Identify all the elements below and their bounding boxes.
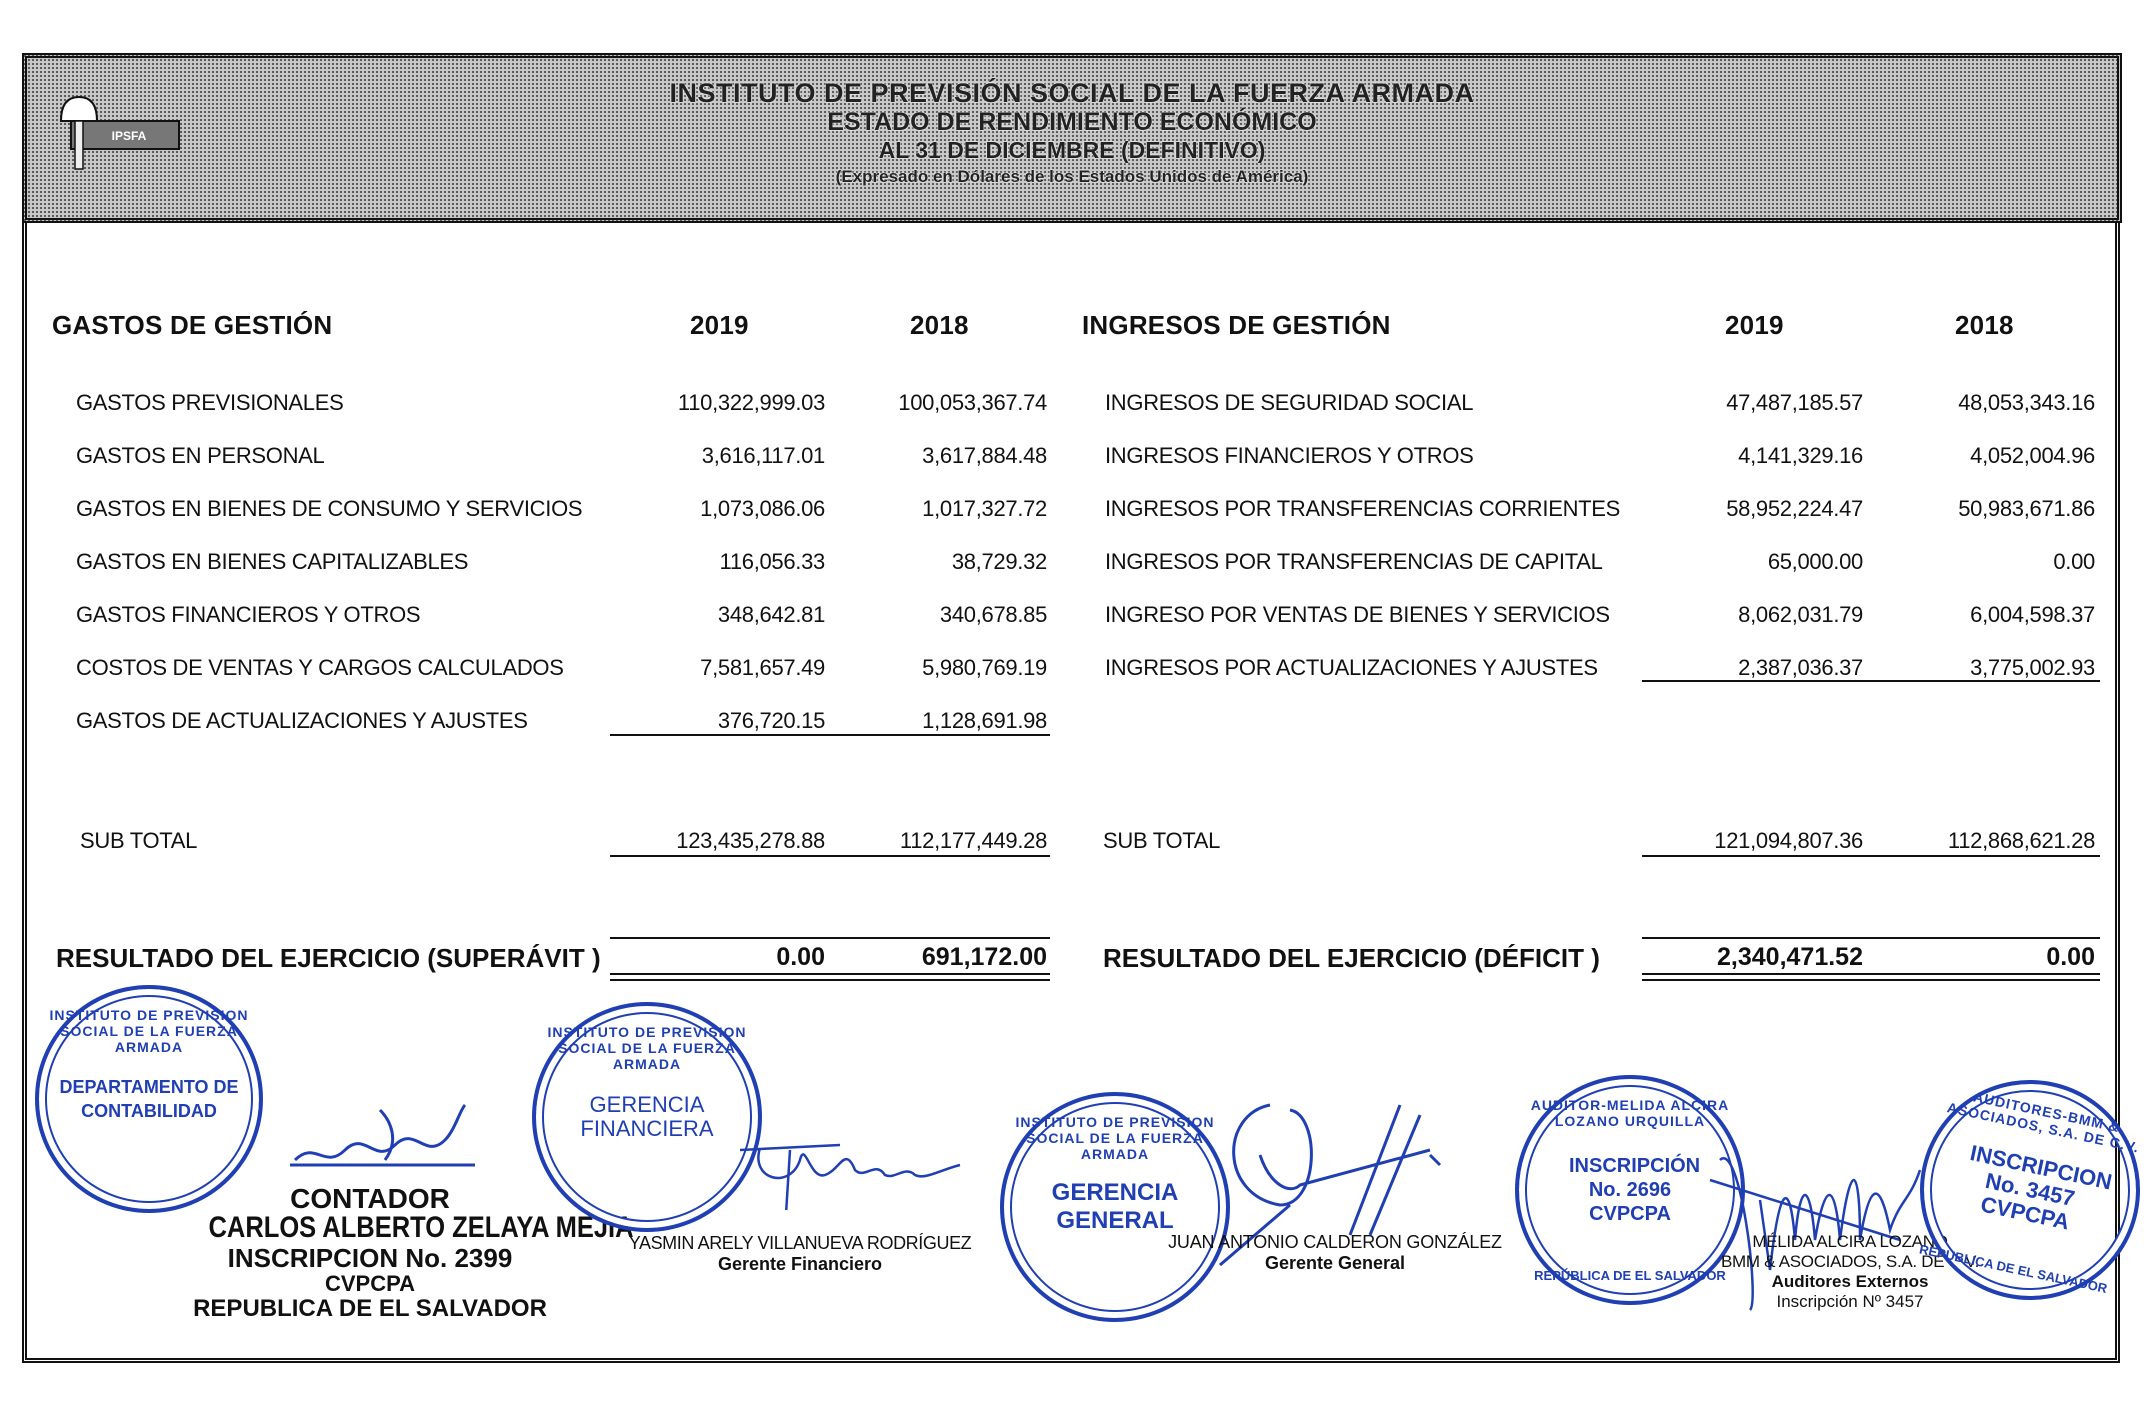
gastos-result-label: RESULTADO DEL EJERCICIO (SUPERÁVIT ) <box>56 943 601 974</box>
value-2019: 1,073,086.06 <box>605 496 825 522</box>
value-2018: 4,052,004.96 <box>1875 443 2095 469</box>
row-label: GASTOS PREVISIONALES <box>76 390 343 416</box>
ingresos-subtotal-2018: 112,868,621.28 <box>1875 828 2095 854</box>
contador-registration: INSCRIPCION No. 2399 <box>180 1244 560 1272</box>
gastos-col-2018: 2018 <box>910 310 969 341</box>
value-2018: 3,775,002.93 <box>1875 655 2095 681</box>
stamp-center-text: INSCRIPCION No. 3457 CVPCPA <box>1919 1133 2141 1248</box>
gastos-result-overline <box>610 937 1050 939</box>
value-2018: 1,017,327.72 <box>827 496 1047 522</box>
row-label: INGRESO POR VENTAS DE BIENES Y SERVICIOS <box>1105 602 1610 628</box>
row-label: GASTOS EN BIENES CAPITALIZABLES <box>76 549 468 575</box>
ingresos-title: INGRESOS DE GESTIÓN <box>1082 310 1391 341</box>
row-label: GASTOS DE ACTUALIZACIONES Y AJUSTES <box>76 708 528 734</box>
value-2018: 48,053,343.16 <box>1875 390 2095 416</box>
value-2019: 110,322,999.03 <box>605 390 825 416</box>
stamp-ring-text: INSTITUTO DE PREVISION SOCIAL DE LA FUER… <box>39 1007 259 1055</box>
ingresos-col-2019: 2019 <box>1725 310 1784 341</box>
contador-title: CONTADOR <box>180 1186 560 1212</box>
value-2019: 8,062,031.79 <box>1643 602 1863 628</box>
ingresos-result-overline <box>1642 937 2100 939</box>
value-2018: 38,729.32 <box>827 549 1047 575</box>
value-2018: 100,053,367.74 <box>827 390 1047 416</box>
value-2019: 47,487,185.57 <box>1643 390 1863 416</box>
ingresos-rows-underline <box>1642 680 2100 682</box>
value-2018: 0.00 <box>1875 549 2095 575</box>
gastos-col-2019: 2019 <box>690 310 749 341</box>
value-2018: 340,678.85 <box>827 602 1047 628</box>
ingresos-result-label: RESULTADO DEL EJERCICIO (DÉFICIT ) <box>1103 943 1600 974</box>
general-role: Gerente General <box>1155 1253 1515 1274</box>
gerencia-general-stamp: INSTITUTO DE PREVISION SOCIAL DE LA FUER… <box>1000 1092 1230 1322</box>
value-2019: 58,952,224.47 <box>1643 496 1863 522</box>
contador-body: CVPCPA <box>180 1272 560 1296</box>
ingresos-result-double-underline <box>1642 973 2100 981</box>
contador-country: REPUBLICA DE EL SALVADOR <box>180 1296 560 1322</box>
financiero-name: YASMIN ARELY VILLANUEVA RODRÍGUEZ <box>620 1233 980 1254</box>
contador-signature-icon <box>285 1100 485 1180</box>
gerencia-financiera-stamp: INSTITUTO DE PREVISION SOCIAL DE LA FUER… <box>532 1002 762 1232</box>
row-label: INGRESOS DE SEGURIDAD SOCIAL <box>1105 390 1473 416</box>
gastos-title: GASTOS DE GESTIÓN <box>52 310 332 341</box>
row-label: GASTOS FINANCIEROS Y OTROS <box>76 602 420 628</box>
ingresos-result-2018: 0.00 <box>1835 943 2095 972</box>
value-2019: 4,141,329.16 <box>1643 443 1863 469</box>
row-label: INGRESOS POR ACTUALIZACIONES Y AJUSTES <box>1105 655 1598 681</box>
stamp-center-text: GERENCIA GENERAL <box>1004 1179 1226 1235</box>
gastos-result-2018: 691,172.00 <box>787 943 1047 972</box>
value-2018: 6,004,598.37 <box>1875 602 2095 628</box>
value-2019: 7,581,657.49 <box>605 655 825 681</box>
gastos-result-double-underline <box>610 973 1050 981</box>
ingresos-subtotal-underline <box>1642 855 2100 857</box>
value-2019: 116,056.33 <box>605 549 825 575</box>
stamp-ring-text: INSTITUTO DE PREVISION SOCIAL DE LA FUER… <box>1004 1114 1226 1162</box>
value-2018: 1,128,691.98 <box>827 708 1047 734</box>
contador-name: CARLOS ALBERTO ZELAYA MEJIA <box>209 1212 532 1244</box>
general-name: JUAN ANTONIO CALDERON GONZÁLEZ <box>1155 1232 1515 1253</box>
general-signature-block: JUAN ANTONIO CALDERON GONZÁLEZ Gerente G… <box>1155 1232 1515 1274</box>
value-2019: 376,720.15 <box>605 708 825 734</box>
financiero-role: Gerente Financiero <box>620 1254 980 1275</box>
row-label: GASTOS EN BIENES DE CONSUMO Y SERVICIOS <box>76 496 582 522</box>
institution-title: INSTITUTO DE PREVISIÓN SOCIAL DE LA FUER… <box>27 78 2117 109</box>
period-title: AL 31 DE DICIEMBRE (DEFINITIVO) <box>27 137 2117 164</box>
ingresos-col-2018: 2018 <box>1955 310 2014 341</box>
row-label: INGRESOS FINANCIEROS Y OTROS <box>1105 443 1474 469</box>
row-label: COSTOS DE VENTAS Y CARGOS CALCULADOS <box>76 655 564 681</box>
header-banner: IPSFA INSTITUTO DE PREVISIÓN SOCIAL DE L… <box>22 53 2122 223</box>
financiero-signature-block: YASMIN ARELY VILLANUEVA RODRÍGUEZ Gerent… <box>620 1233 980 1275</box>
row-label: GASTOS EN PERSONAL <box>76 443 325 469</box>
value-2019: 2,387,036.37 <box>1643 655 1863 681</box>
stamp-center-text: DEPARTAMENTO DE CONTABILIDAD <box>39 1075 259 1123</box>
ingresos-subtotal-label: SUB TOTAL <box>1103 828 1220 854</box>
currency-note: (Expresado en Dólares de los Estados Uni… <box>27 167 2117 187</box>
gastos-result-2019: 0.00 <box>565 943 825 972</box>
value-2019: 3,616,117.01 <box>605 443 825 469</box>
gastos-subtotal-underline <box>610 855 1050 857</box>
gastos-rows-underline <box>610 734 1050 736</box>
value-2018: 5,980,769.19 <box>827 655 1047 681</box>
gastos-subtotal-2018: 112,177,449.28 <box>827 828 1047 854</box>
financiero-signature-icon <box>730 1120 990 1210</box>
value-2019: 348,642.81 <box>605 602 825 628</box>
contabilidad-stamp: INSTITUTO DE PREVISION SOCIAL DE LA FUER… <box>35 985 263 1213</box>
contador-signature-block: CONTADOR CARLOS ALBERTO ZELAYA MEJIA INS… <box>180 1186 560 1322</box>
row-label: INGRESOS POR TRANSFERENCIAS CORRIENTES <box>1105 496 1620 522</box>
value-2018: 50,983,671.86 <box>1875 496 2095 522</box>
statement-title: ESTADO DE RENDIMIENTO ECONÓMICO <box>27 108 2117 137</box>
value-2018: 3,617,884.48 <box>827 443 1047 469</box>
ingresos-subtotal-2019: 121,094,807.36 <box>1643 828 1863 854</box>
value-2019: 65,000.00 <box>1643 549 1863 575</box>
ingresos-result-2019: 2,340,471.52 <box>1603 943 1863 972</box>
stamp-center-text: GERENCIA FINANCIERA <box>536 1093 758 1141</box>
gastos-subtotal-2019: 123,435,278.88 <box>605 828 825 854</box>
gastos-subtotal-label: SUB TOTAL <box>80 828 197 854</box>
stamp-ring-text: INSTITUTO DE PREVISION SOCIAL DE LA FUER… <box>536 1024 758 1072</box>
auditor-registration: Inscripción Nº 3457 <box>1680 1292 2020 1312</box>
row-label: INGRESOS POR TRANSFERENCIAS DE CAPITAL <box>1105 549 1603 575</box>
